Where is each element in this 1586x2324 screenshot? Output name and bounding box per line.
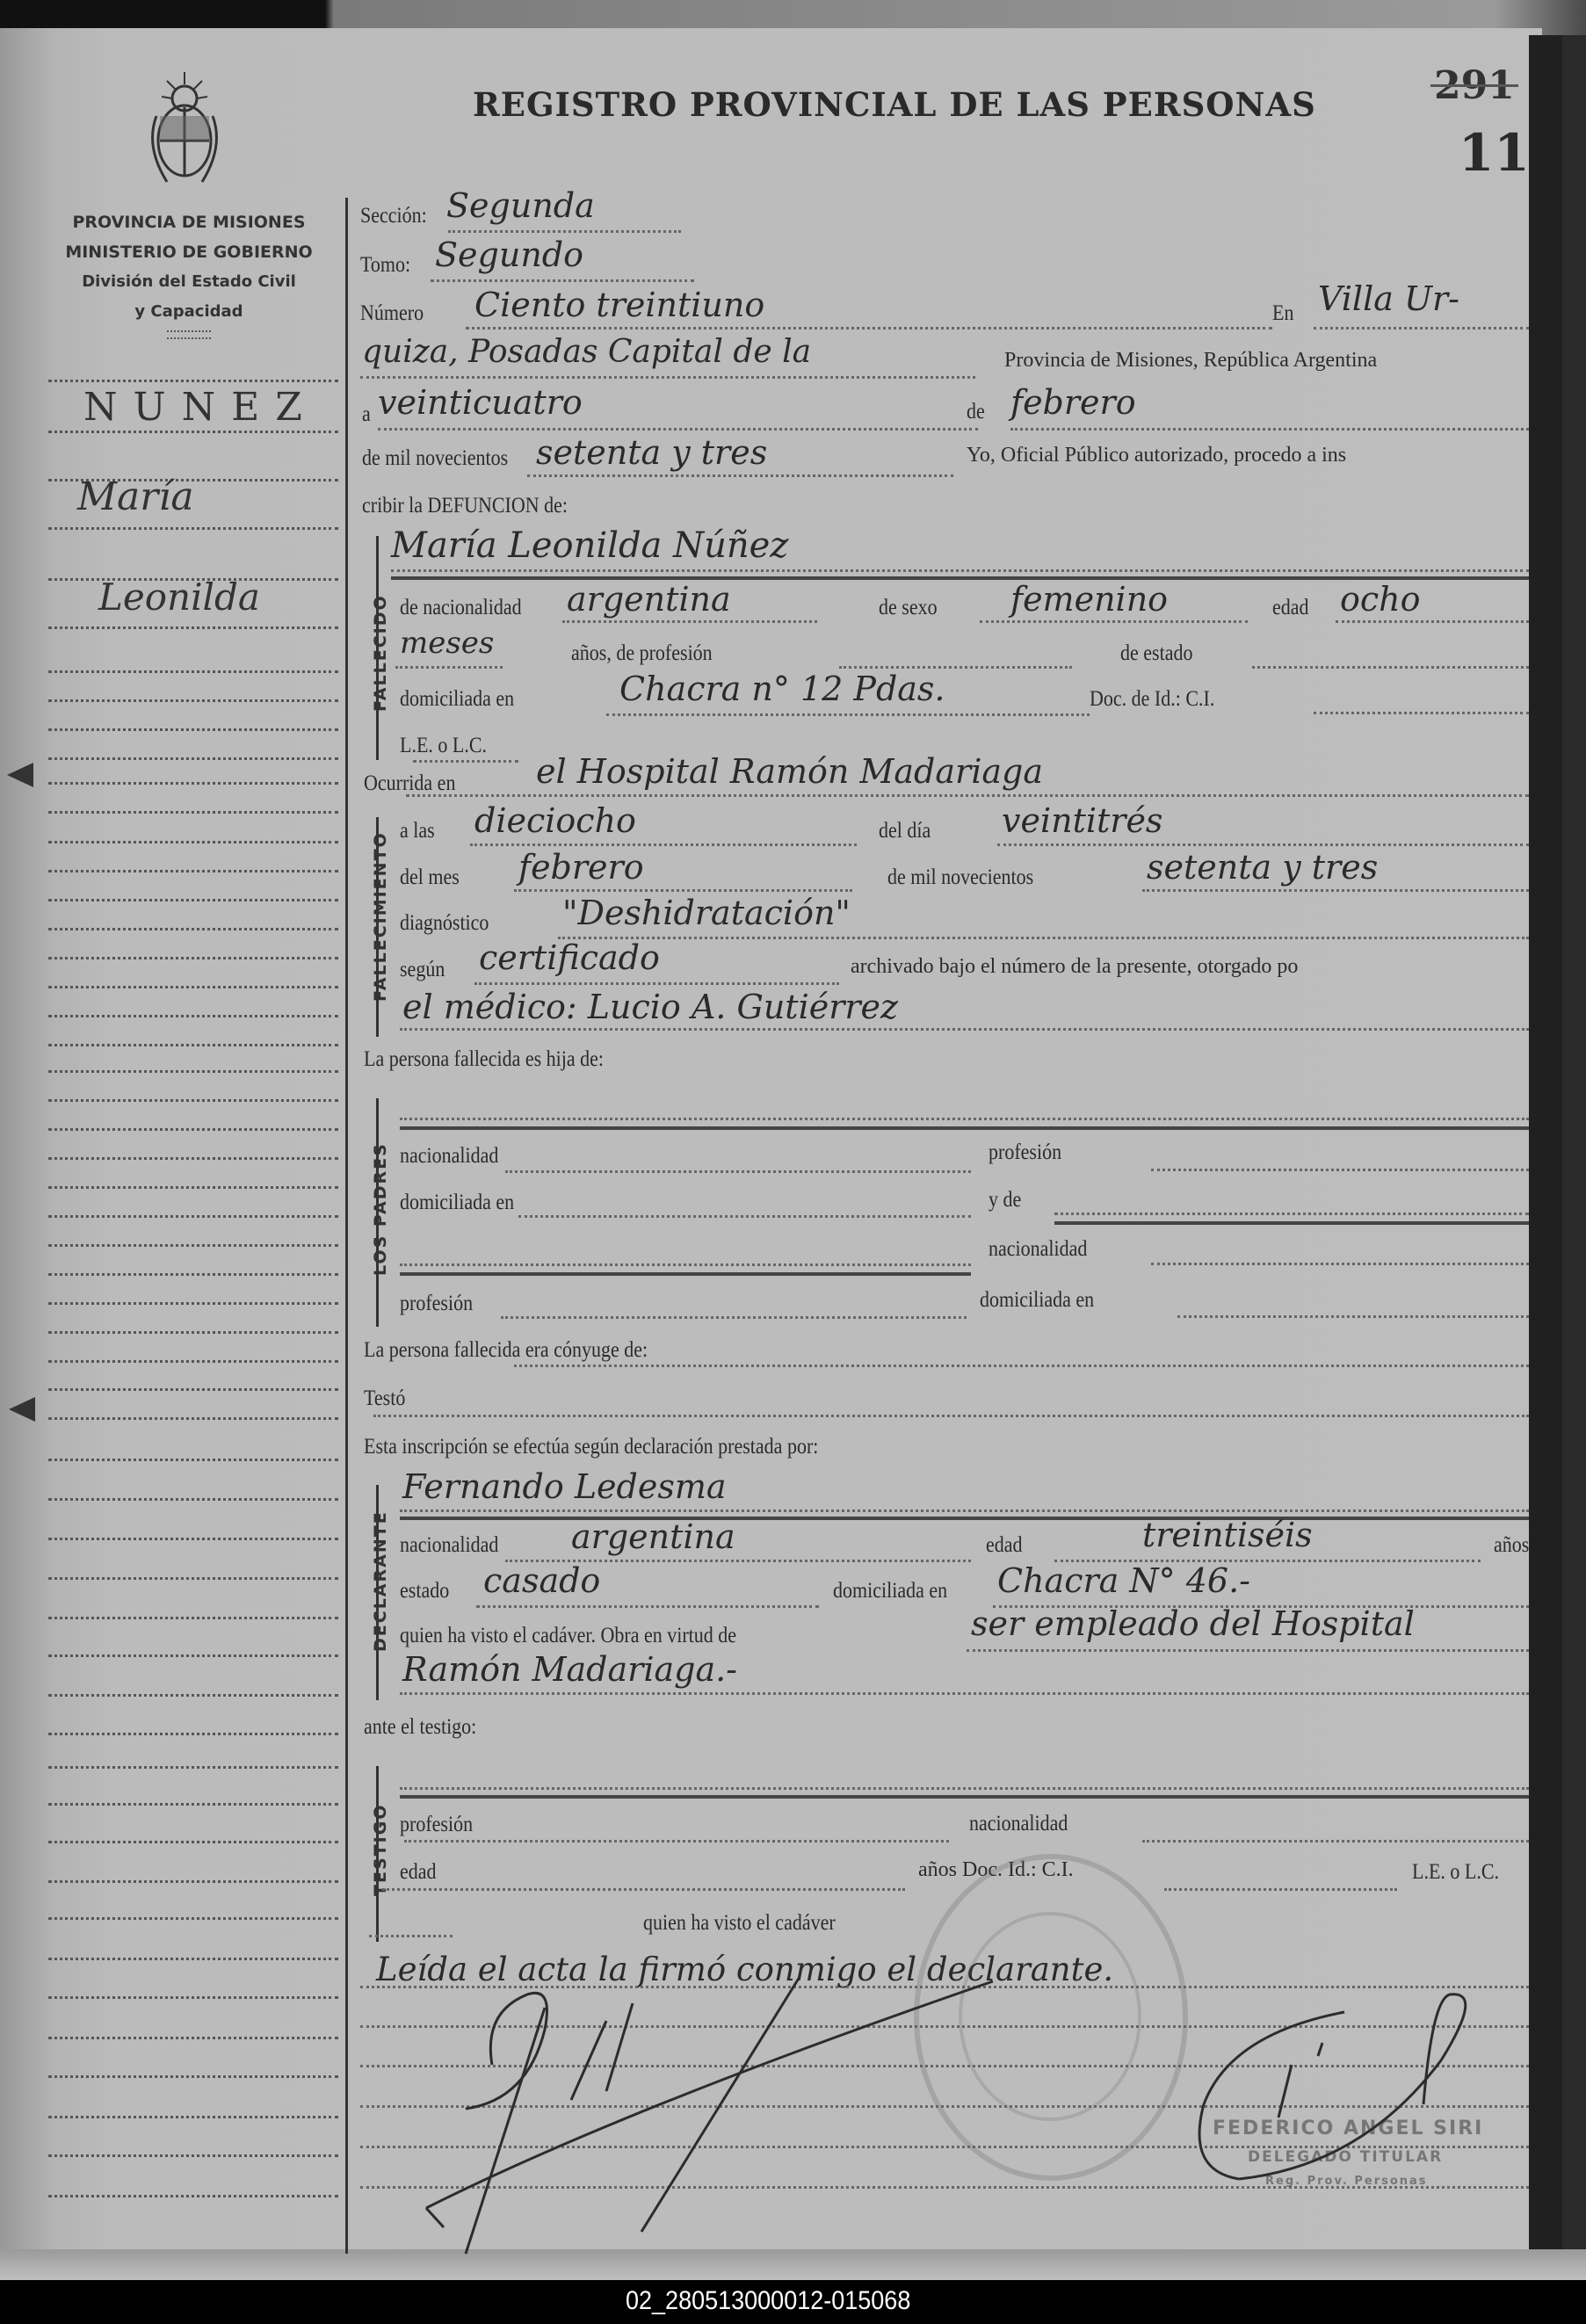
- ocurrida-label: Ocurrida en: [364, 771, 455, 796]
- testigo-le-lc-label: L.E. o L.C.: [1412, 1860, 1499, 1885]
- numero-label: Número: [360, 301, 424, 326]
- mes-line: [1010, 428, 1529, 431]
- margin-line: [48, 1186, 338, 1189]
- declarante-section-label: DECLARANTE: [371, 1510, 390, 1652]
- dia-line: [997, 843, 1529, 846]
- testigo-intro: ante el testigo:: [364, 1715, 476, 1740]
- numero-value: Ciento treintiuno: [474, 286, 764, 324]
- margin-line: [48, 1273, 338, 1276]
- name-line: [391, 569, 1529, 572]
- padre-profesion2-label: profesión: [400, 1292, 473, 1316]
- inscribir-text: cribir la DEFUNCION de:: [362, 494, 568, 518]
- padre-name-rule: [400, 1126, 1529, 1130]
- page-number-struck: 291: [1434, 63, 1515, 108]
- dia-line: [378, 428, 978, 431]
- testigo-doc-line: [1164, 1888, 1397, 1891]
- nacionalidad-label: de nacionalidad: [400, 596, 522, 620]
- estado-label: de estado: [1120, 641, 1192, 666]
- margin-line: [48, 1459, 338, 1461]
- seccion-label: Sección:: [360, 204, 427, 228]
- declarante-name-line: [400, 1510, 1529, 1512]
- ocurrida-line: [406, 794, 1529, 797]
- testigo-section-label: TESTIGO: [371, 1804, 390, 1896]
- declarante-name-rule: [400, 1517, 1529, 1520]
- en-line: [1314, 327, 1529, 329]
- agency-division: División del Estado Civil: [44, 267, 334, 297]
- padre-domiciliada-line: [518, 1215, 971, 1218]
- padres-blank-line: [400, 1263, 971, 1266]
- margin-line: [48, 1070, 338, 1073]
- testo-line: [373, 1415, 1529, 1417]
- padres-blank-rule: [400, 1272, 971, 1276]
- estado-line: [1252, 666, 1529, 669]
- margin-line: [48, 2075, 338, 2078]
- margin-line: [48, 1244, 338, 1247]
- fallecido-name: María Leonilda Núñez: [391, 525, 788, 566]
- margin-line: [48, 1617, 338, 1619]
- margin-line: [48, 1044, 338, 1046]
- declarante-visto-value: ser empleado del Hospital: [971, 1604, 1415, 1643]
- ocurrida-value: el Hospital Ramón Madariaga: [536, 752, 1043, 791]
- conyuge-line: [514, 1365, 1529, 1367]
- testigo-visto-label: quien ha visto el cadáver: [643, 1911, 836, 1936]
- margin-given-2: Leonilda: [98, 576, 260, 619]
- coat-of-arms-icon: [141, 63, 228, 195]
- testigo-profesion-label: profesión: [400, 1813, 473, 1837]
- declarante-estado-label: estado: [400, 1579, 449, 1604]
- archivado-text: archivado bajo el número de la presente,…: [851, 955, 1298, 979]
- margin-line: [48, 1996, 338, 1999]
- agency-province: PROVINCIA DE MISIONES: [44, 207, 334, 237]
- margin-line: [48, 899, 338, 901]
- anio-value: setenta y tres: [536, 433, 767, 472]
- declarante-nacionalidad-label: nacionalidad: [400, 1533, 498, 1558]
- madre-domiciliada-label: domiciliada en: [980, 1288, 1094, 1313]
- conyuge-label: La persona fallecida era cónyuge de:: [364, 1338, 648, 1363]
- dia-label: del día: [879, 819, 931, 843]
- le-lc-line: [413, 760, 518, 763]
- le-lc-label: L.E. o L.C.: [400, 734, 487, 758]
- oficial-text: Yo, Oficial Público autorizado, procedo …: [967, 444, 1346, 467]
- declarante-visto-cont: Ramón Madariaga.-: [402, 1650, 737, 1689]
- testigo-visto-pre-line: [369, 1935, 453, 1937]
- margin-line: [48, 1215, 338, 1218]
- mes-label: del mes: [400, 865, 460, 890]
- padre-profesion-line: [1151, 1169, 1529, 1171]
- declarante-estado-line: [476, 1605, 819, 1608]
- madre-name-line: [1054, 1213, 1529, 1215]
- declarante-domiciliada-value: Chacra N° 46.-: [997, 1561, 1250, 1600]
- margin-line: [48, 1841, 338, 1843]
- tomo-label: Tomo:: [360, 253, 410, 278]
- madre-nacionalidad-line: [1151, 1263, 1529, 1265]
- domicilio-line: [606, 713, 1090, 716]
- sexo-label: de sexo: [879, 596, 938, 620]
- margin-line: [48, 782, 338, 785]
- padre-name-line: [400, 1118, 1529, 1120]
- declarant-signature-icon: [360, 1977, 975, 2258]
- padre-profesion2-line: [501, 1316, 967, 1319]
- margin-line: [48, 1128, 338, 1131]
- padres-section-label: LOS PADRES: [371, 1142, 390, 1276]
- margin-line: [48, 870, 338, 872]
- declarante-estado-value: casado: [483, 1561, 600, 1600]
- margin-line: [48, 986, 338, 988]
- domicilio-label: domiciliada en: [400, 687, 514, 712]
- testigo-name-rule: [400, 1795, 1529, 1799]
- hora-label: a las: [400, 819, 435, 843]
- declarante-name: Fernando Ledesma: [402, 1467, 727, 1506]
- en-value: Villa Ur-: [1318, 279, 1459, 318]
- margin-line: [48, 2116, 338, 2118]
- de-label: de: [967, 400, 985, 424]
- margin-line: [48, 2037, 338, 2039]
- agency-block: PROVINCIA DE MISIONES MINISTERIO DE GOBI…: [44, 207, 334, 339]
- en-label: En: [1272, 301, 1293, 326]
- anio-line: [1142, 889, 1529, 892]
- margin-line: [48, 841, 338, 843]
- padre-domiciliada-label: domiciliada en: [400, 1191, 514, 1215]
- margin-given-1: María: [77, 474, 194, 519]
- fallecimiento-section-label: FALLECIMIENTO: [371, 831, 390, 1002]
- declarante-intro: Esta inscripción se efectúa según declar…: [364, 1435, 818, 1459]
- nacionalidad-value: argentina: [567, 580, 731, 619]
- madre-name-rule: [1054, 1221, 1529, 1225]
- margin-line: [48, 1694, 338, 1697]
- seccion-line: [448, 230, 681, 233]
- margin-line: [48, 757, 338, 760]
- edad-value: ocho: [1340, 580, 1421, 619]
- margin-line: [48, 2195, 338, 2197]
- segun-line: [474, 982, 839, 985]
- declarante-visto-line: [967, 1649, 1529, 1652]
- nacionalidad-line: [562, 620, 817, 623]
- margin-line: [48, 928, 338, 930]
- margin-line: [48, 1733, 338, 1735]
- margin-line: [48, 1157, 338, 1160]
- document-title: REGISTRO PROVINCIAL DE LAS PERSONAS: [473, 85, 1316, 124]
- anios-profesion-label: años, de profesión: [571, 641, 713, 666]
- edad-line: [1336, 620, 1529, 623]
- declarante-nacionalidad-value: argentina: [571, 1517, 735, 1556]
- anio-value: setenta y tres: [1147, 848, 1378, 887]
- declarante-visto-cont-line: [400, 1692, 1529, 1695]
- a-label: a: [362, 402, 371, 427]
- margin-line: [48, 1577, 338, 1580]
- margin-line: [48, 1958, 338, 1960]
- doc-label: Doc. de Id.: C.I.: [1090, 687, 1214, 712]
- medico-value: el médico: Lucio A. Gutiérrez: [402, 988, 898, 1026]
- testigo-edad-label: edad: [400, 1860, 437, 1885]
- sexo-line: [980, 620, 1248, 623]
- declarante-anios-label: años: [1494, 1533, 1529, 1558]
- margin-surname: NUNEZ: [83, 385, 318, 430]
- padre-profesion-label: profesión: [989, 1140, 1061, 1165]
- margin-line: [48, 1498, 338, 1501]
- binding-shadow: [0, 28, 114, 2249]
- diagnostico-value: "Deshidratación": [562, 894, 851, 932]
- diagnostico-label: diagnóstico: [400, 911, 489, 936]
- seccion-value: Segunda: [446, 186, 595, 225]
- margin-line: [48, 2154, 338, 2157]
- madre-nacionalidad-label: nacionalidad: [989, 1237, 1087, 1262]
- declarante-visto-label: quien ha visto el cadáver. Obra en virtu…: [400, 1624, 736, 1648]
- margin-line: [48, 728, 338, 731]
- place-continued: quiza, Posadas Capital de la: [362, 334, 811, 370]
- medico-line: [400, 1028, 1529, 1031]
- margin-line: [48, 1654, 338, 1657]
- margin-line: [48, 380, 338, 382]
- domicilio-value: Chacra n° 12 Pdas.: [619, 670, 945, 708]
- margin-line: [48, 1880, 338, 1883]
- margin-line: [48, 1917, 338, 1920]
- padres-intro: La persona fallecida es hija de:: [364, 1047, 604, 1072]
- padre-nacionalidad-label: nacionalidad: [400, 1144, 498, 1169]
- margin-line: [48, 699, 338, 702]
- mes-value: febrero: [518, 848, 644, 887]
- diagnostico-line: [558, 937, 1529, 939]
- testigo-profesion-line: [404, 1840, 949, 1843]
- declarante-edad-label: edad: [986, 1533, 1023, 1558]
- agency-rule: [167, 330, 211, 339]
- margin-line: [48, 1538, 338, 1540]
- provincia-text: Provincia de Misiones, República Argenti…: [1004, 349, 1377, 373]
- dia-value: veinticuatro: [378, 383, 583, 422]
- testo-label: Testó: [364, 1386, 405, 1411]
- official-signature-icon: [1133, 1981, 1538, 2192]
- testigo-name-line: [400, 1787, 1529, 1790]
- margin-line: [48, 957, 338, 959]
- doc-line: [1314, 712, 1529, 714]
- hora-value: dieciocho: [474, 801, 636, 840]
- margin-line: [48, 1417, 338, 1420]
- edad-unit-line: [395, 666, 503, 669]
- agency-ministry: MINISTERIO DE GOBIERNO: [44, 237, 334, 267]
- segun-value: certificado: [479, 938, 660, 977]
- testigo-nacionalidad-line: [1142, 1840, 1529, 1843]
- margin-line: [48, 1360, 338, 1363]
- anio-line: [527, 474, 953, 477]
- fallecido-section-label: FALLECIDO: [371, 594, 390, 712]
- y-de-label: y de: [989, 1188, 1021, 1213]
- profesion-line: [839, 666, 1072, 669]
- margin-line: [48, 1099, 338, 1102]
- testigo-nacionalidad-label: nacionalidad: [969, 1812, 1068, 1836]
- tomo-line: [431, 279, 694, 282]
- segun-label: según: [400, 958, 445, 982]
- mes-value: febrero: [1010, 383, 1136, 422]
- margin-line: [48, 670, 338, 673]
- tomo-value: Segundo: [435, 235, 583, 274]
- margin-line: [48, 431, 338, 433]
- margin-line: [48, 626, 338, 629]
- hora-line: [470, 843, 857, 846]
- binder-clip-icon: [9, 1397, 35, 1422]
- margin-line: [48, 811, 338, 814]
- padre-nacionalidad-line: [505, 1170, 971, 1173]
- declarante-domiciliada-label: domiciliada en: [833, 1579, 947, 1604]
- margin-line: [48, 1015, 338, 1017]
- margin-line: [48, 1803, 338, 1806]
- image-id-label: 02_280513000012-015068: [626, 2286, 910, 2316]
- margin-line: [48, 1302, 338, 1305]
- page-number: 11: [1459, 123, 1530, 183]
- margin-line: [48, 1331, 338, 1334]
- anio-label: de mil novecientos: [887, 865, 1033, 890]
- page-edge: [1529, 35, 1562, 2258]
- madre-domiciliada-line: [1177, 1315, 1529, 1318]
- margin-line: [48, 1388, 338, 1391]
- numero-line: [466, 327, 1272, 329]
- declarante-edad-value: treintiséis: [1142, 1516, 1313, 1554]
- mil-label: de mil novecientos: [362, 446, 508, 471]
- margin-line: [48, 1766, 338, 1769]
- binder-clip-icon: [7, 763, 33, 787]
- column-divider: [345, 198, 348, 2254]
- margin-line: [48, 527, 338, 530]
- edad-label: edad: [1272, 596, 1309, 620]
- place-line: [360, 376, 975, 379]
- dia-value: veintitrés: [1002, 801, 1162, 840]
- agency-division-cont: y Capacidad: [44, 297, 334, 327]
- mes-line: [514, 889, 852, 892]
- testigo-edad-line: [382, 1888, 905, 1891]
- edad-unit-value: meses: [400, 626, 494, 661]
- sexo-value: femenino: [1010, 580, 1168, 619]
